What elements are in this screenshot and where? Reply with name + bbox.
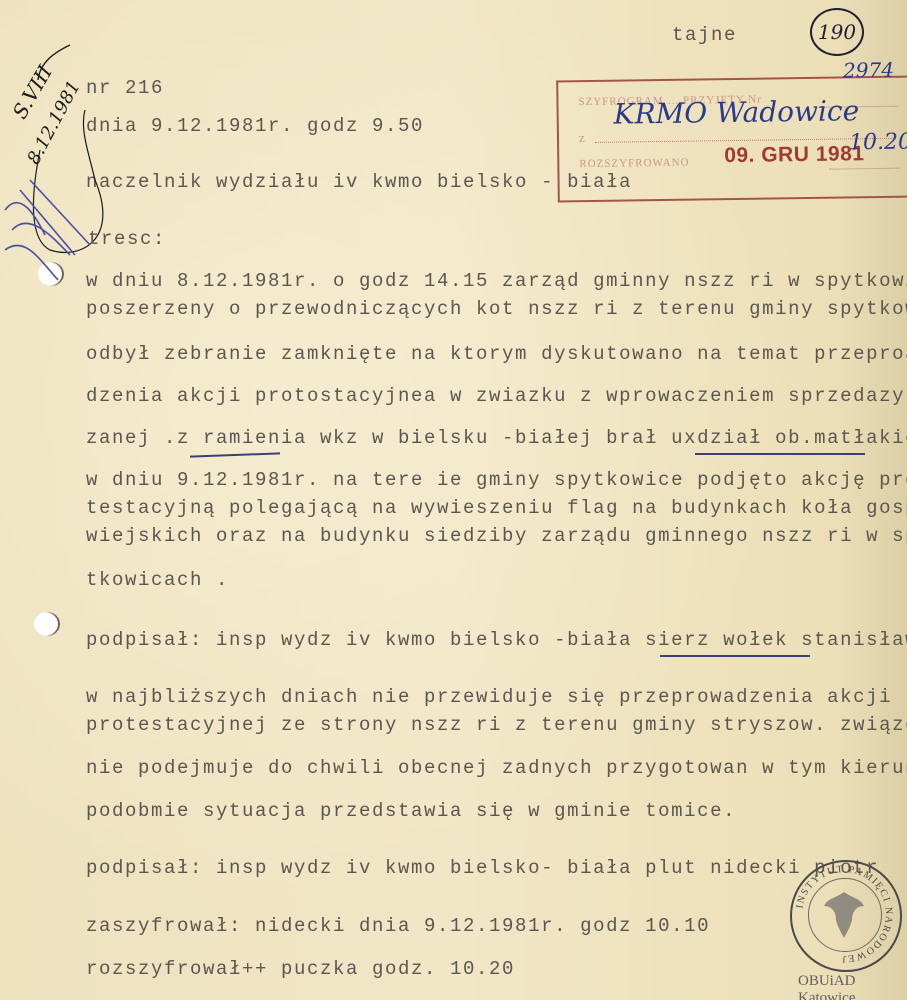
underline-matlakiewicz [695, 453, 865, 455]
paragraph-2-line: podobmie sytuacja przedstawia się w gmin… [86, 800, 736, 822]
seal-ring-text: INSTYTUT PAMIĘCI NARODOWEJ [792, 862, 896, 966]
margin-annotation-ink: S.VIII 8.12.1981 [0, 40, 110, 300]
paragraph-1-line: w dniu 8.12.1981r. o godz 14.15 zarząd g… [86, 270, 907, 292]
punch-hole-bottom [34, 612, 60, 636]
date-line: dnia 9.12.1981r. godz 9.50 [86, 115, 424, 137]
paragraph-2-line: nie podejmuje do chwili obecnej zadnych … [86, 757, 907, 779]
stamp-handwritten-number: 2974 [843, 58, 894, 83]
paragraph-2-line: w najbliższych dniach nie przewiduje się… [86, 686, 892, 708]
classification-label: tajne [672, 24, 737, 46]
stamp-time-line [829, 168, 899, 170]
paragraph-2-line: protestacyjnej ze strony nszz ri z teren… [86, 714, 907, 736]
paragraph-1-line: zanej .z ramienia wkz w bielsku -białej … [86, 427, 907, 449]
underline-wolek [660, 655, 810, 657]
paragraph-1-line: wiejskich oraz na budynku siedziby zarzą… [86, 525, 907, 547]
paragraph-1-line: w dniu 9.12.1981r. na tere ie gminy spyt… [86, 469, 907, 491]
stamp-handwritten-from: KRMO Wadowice [613, 94, 859, 130]
stamp-decrypted-label: ROZSZYFROWANO [579, 157, 689, 171]
ipn-archive-seal: INSTYTUT PAMIĘCI NARODOWEJ [790, 860, 902, 972]
decrypted-by: rozszyfrował++ puczka godz. 10.20 [86, 958, 515, 980]
paragraph-1-line: tkowicach . [86, 569, 229, 591]
stamp-date: 09. GRU 1981 [724, 142, 865, 168]
cipher-received-stamp: SZYFROGRAM … PRZYJĘTY Nr z ROZSZYFROWANO… [556, 76, 907, 203]
addressee: naczelnik wydziału iv kwmo bielsko - bia… [86, 171, 632, 193]
encrypted-by: zaszyfrował: nidecki dnia 9.12.1981r. go… [86, 915, 710, 937]
stamp-handwritten-time: 10.20 [849, 130, 907, 156]
paragraph-1-line: testacyjną polegającą na wywieszeniu fla… [86, 497, 907, 519]
archive-label: OBUiAD Katowice [798, 973, 907, 1000]
signature-1: podpisał: insp wydz iv kwmo bielsko -bia… [86, 629, 907, 651]
signature-2: podpisał: insp wydz iv kwmo bielsko- bia… [86, 857, 879, 879]
paragraph-1-line: odbył zebranie zamknięte na ktorym dysku… [86, 343, 907, 365]
paragraph-1-line: dzenia akcji protostacyjnea w zwiazku z … [86, 385, 907, 407]
paragraph-1-line: poszerzeny o przewodniczących kot nszz r… [86, 298, 907, 320]
stamp-from-label: z [579, 130, 586, 146]
archive-number-circled: 190 [810, 8, 864, 56]
content-label: tresc: [88, 228, 166, 250]
